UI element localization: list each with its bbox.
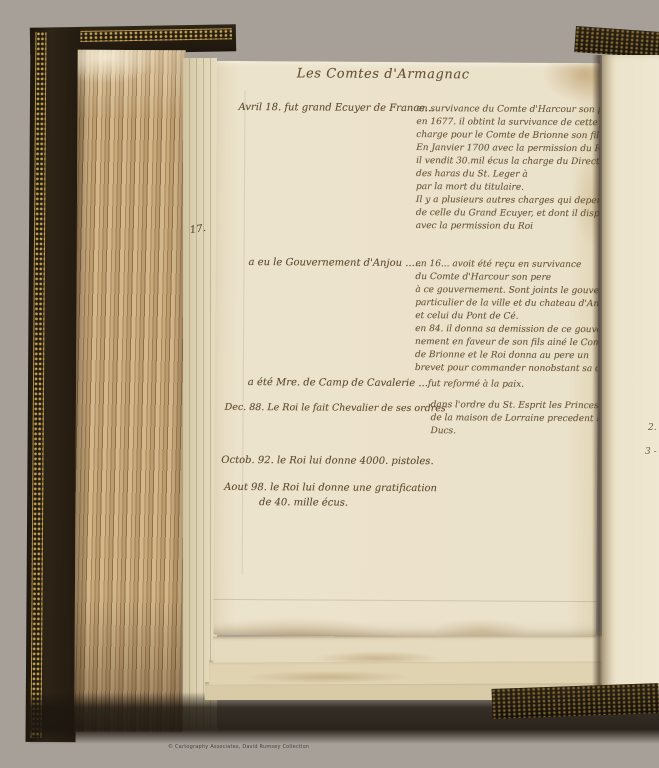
note-line: en 1677. il obtint la survivance de cett…	[416, 116, 599, 130]
note-line: de celle du Grand Ecuyer, et dont il dis…	[416, 207, 600, 221]
entry-label: a été Mre. de Camp de Cavalerie ...	[248, 377, 428, 389]
note-line: dans l'ordre du St. Esprit les Princes	[431, 399, 600, 413]
page-title: Les Comtes d'Armagnac	[257, 66, 510, 83]
entry-label: Octob. 92. le Roi lui donne 4000. pistol…	[221, 455, 433, 467]
note-line: charge pour le Comte de Brionne son fils…	[416, 129, 599, 143]
entry-label: a eu le Gouvernement d'Anjou .....	[248, 257, 421, 269]
binding-corner-bottom-right	[492, 683, 659, 719]
gold-tooling-border	[31, 32, 47, 738]
collection-credit: © Cartography Associates, David Rumsey C…	[168, 744, 309, 750]
entry-notes: en 16... avoit été reçu en survivance du…	[415, 258, 600, 376]
manuscript-page: Les Comtes d'Armagnac Avril 18. fut gran…	[213, 61, 599, 637]
underlying-sheet	[213, 635, 603, 662]
book-cover-left-edge	[26, 28, 81, 742]
underlying-sheet	[209, 659, 605, 684]
note-line: fut reformé à la paix.	[428, 378, 524, 392]
note-line: des haras du St. Leger à	[416, 168, 600, 182]
entry-notes: dans l'ordre du St. Esprit les Princes d…	[430, 399, 599, 439]
note-line: il vendit 30.mil écus la charge du Direc…	[416, 155, 600, 169]
adjacent-page-mark: 2.	[648, 423, 657, 433]
entry-label: Aout 98. le Roi lui donne une gratificat…	[224, 482, 437, 494]
margin-annotation: 17.	[189, 223, 206, 236]
note-line: avec la permission du Roi	[416, 220, 600, 234]
note-line: par la mort du titulaire.	[416, 181, 600, 195]
binding-corner-top-right	[574, 26, 659, 58]
book-fore-edge-pages	[74, 50, 186, 733]
note-line: Ducs.	[430, 425, 599, 439]
entry-label-continuation: de 40. mille écus.	[259, 497, 348, 509]
adjacent-page-sliver: 2. 3 -	[602, 55, 659, 700]
entry-label: Avril 18. fut grand Ecuyer de France...	[238, 102, 434, 114]
note-line: en survivance du Comte d'Harcour son per…	[416, 103, 599, 117]
note-line: de la maison de Lorraine precedent les	[431, 412, 600, 426]
entry-notes: en survivance du Comte d'Harcour son per…	[416, 103, 600, 234]
entry-label: Dec. 88. Le Roi le fait Chevalier de ses…	[225, 402, 446, 414]
note-line: En Janvier 1700 avec la permission du Ro…	[416, 142, 600, 156]
note-line: Il y a plusieurs autres charges qui depe…	[416, 194, 600, 208]
adjacent-page-mark: 3 -	[645, 447, 657, 457]
page-edge-stack	[183, 58, 217, 730]
book-photograph: Les Comtes d'Armagnac Avril 18. fut gran…	[0, 0, 659, 768]
note-line: brevet pour commander nonobstant sa demi…	[415, 362, 600, 376]
entry-notes: fut reformé à la paix.	[428, 378, 524, 392]
